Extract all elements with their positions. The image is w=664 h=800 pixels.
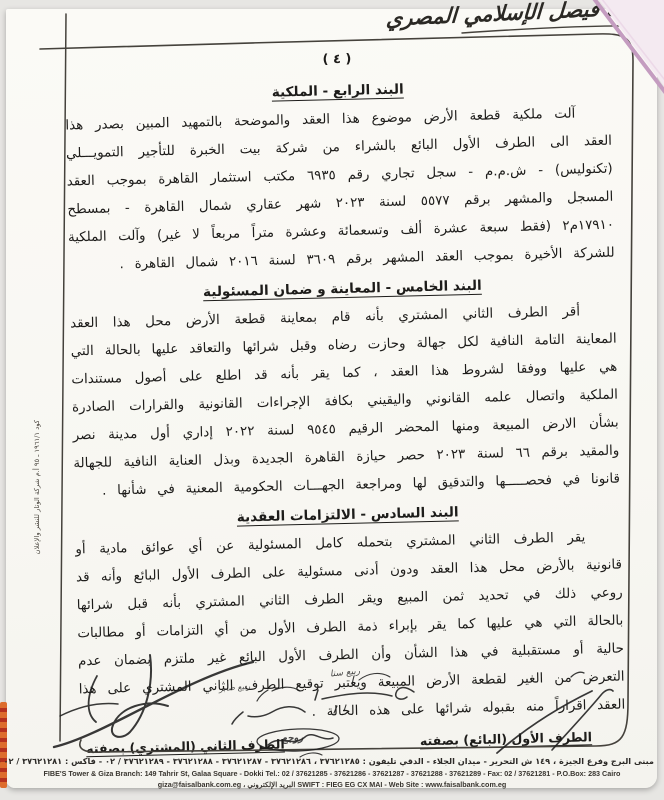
clause-5-text: أقر الطرف الثاني المشتري بأنه قام بمعاين… bbox=[70, 298, 620, 507]
bank-footer: مبنى البرج وفرع الجيزة ، ١٤٩ ش التحرير -… bbox=[10, 756, 654, 789]
printer-code-vertical: كود ١٩٦١/١ ـ ٩٥ أ.م شركة الوتار للنشر وا… bbox=[33, 420, 41, 645]
clause-6-text: يقر الطرف الثاني المشتري بتحمله كامل الم… bbox=[75, 524, 625, 733]
scanned-contract-page: { "bank": { "logo_calligraphy": "بنك فيص… bbox=[0, 0, 664, 800]
footer-english-address: FIBE'S Tower & Giza Branch: 149 Tahrir S… bbox=[10, 769, 654, 778]
footer-arabic-address: مبنى البرج وفرع الجيزة ، ١٤٩ ش التحرير -… bbox=[10, 756, 654, 766]
clause-4-text: آلت ملكية قطعة الأرض موضوع هذا العقد وال… bbox=[65, 100, 615, 281]
reviewed-stamp-text: روجع bbox=[282, 732, 304, 744]
contract-body: ( ٤ ) البند الرابع - الملكية آلت ملكية ق… bbox=[64, 46, 626, 757]
footer-contact-line: giza@faisalbank.com.eg ، البريد الإلكترو… bbox=[10, 780, 654, 789]
scan-edge-strip bbox=[0, 702, 7, 788]
